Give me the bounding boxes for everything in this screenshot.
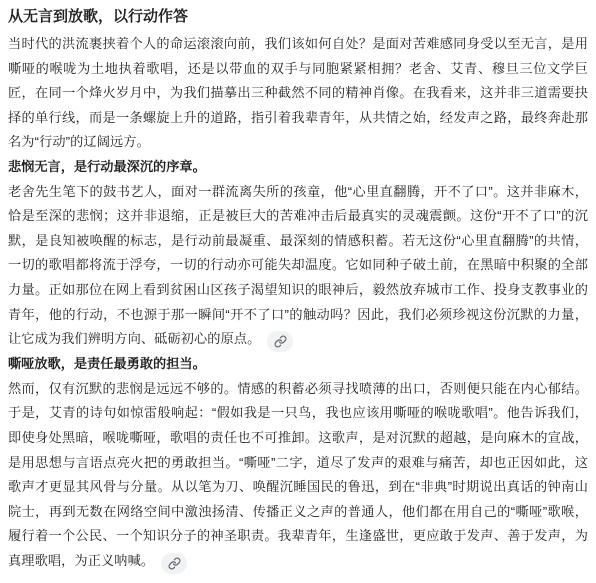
section-1-paragraph: 老舍先生笔下的鼓书艺人，面对一群流离失所的孩童，他“心里直翻腾，开不了口”。这并…	[8, 180, 588, 353]
intro-text: 当时代的洪流裹挟着个人的命运滚滚向前，我们该如何自处？是面对苦难感同身受以至无言…	[8, 36, 588, 149]
essay-title: 从无言到放歌，以行动作答	[8, 6, 588, 28]
link-icon	[168, 557, 181, 570]
section-2-paragraph: 然而，仅有沉默的悲悯是远远不够的。情感的积蓄必须寻找喷薄的出口，否则便只能在内心…	[8, 377, 588, 574]
citation-link-chip[interactable]	[267, 331, 293, 352]
essay-document: 从无言到放歌，以行动作答 当时代的洪流裹挟着个人的命运滚滚向前，我们该如何自处？…	[8, 6, 588, 574]
document-page: { "page": { "background": "#ffffff", "te…	[0, 0, 596, 583]
section-2-heading: 嘶哑放歌，是责任最勇敢的担当。	[8, 352, 588, 377]
intro-paragraph: 当时代的洪流裹挟着个人的命运滚滚向前，我们该如何自处？是面对苦难感同身受以至无言…	[8, 32, 588, 155]
citation-link-chip[interactable]	[161, 553, 187, 574]
section-1-text: 老舍先生笔下的鼓书艺人，面对一群流离失所的孩童，他“心里直翻腾，开不了口”。这并…	[8, 184, 588, 347]
section-2-text: 然而，仅有沉默的悲悯是远远不够的。情感的积蓄必须寻找喷薄的出口，否则便只能在内心…	[8, 381, 588, 568]
section-1-heading: 悲悯无言，是行动最深沉的序章。	[8, 155, 588, 180]
link-icon	[274, 335, 287, 348]
